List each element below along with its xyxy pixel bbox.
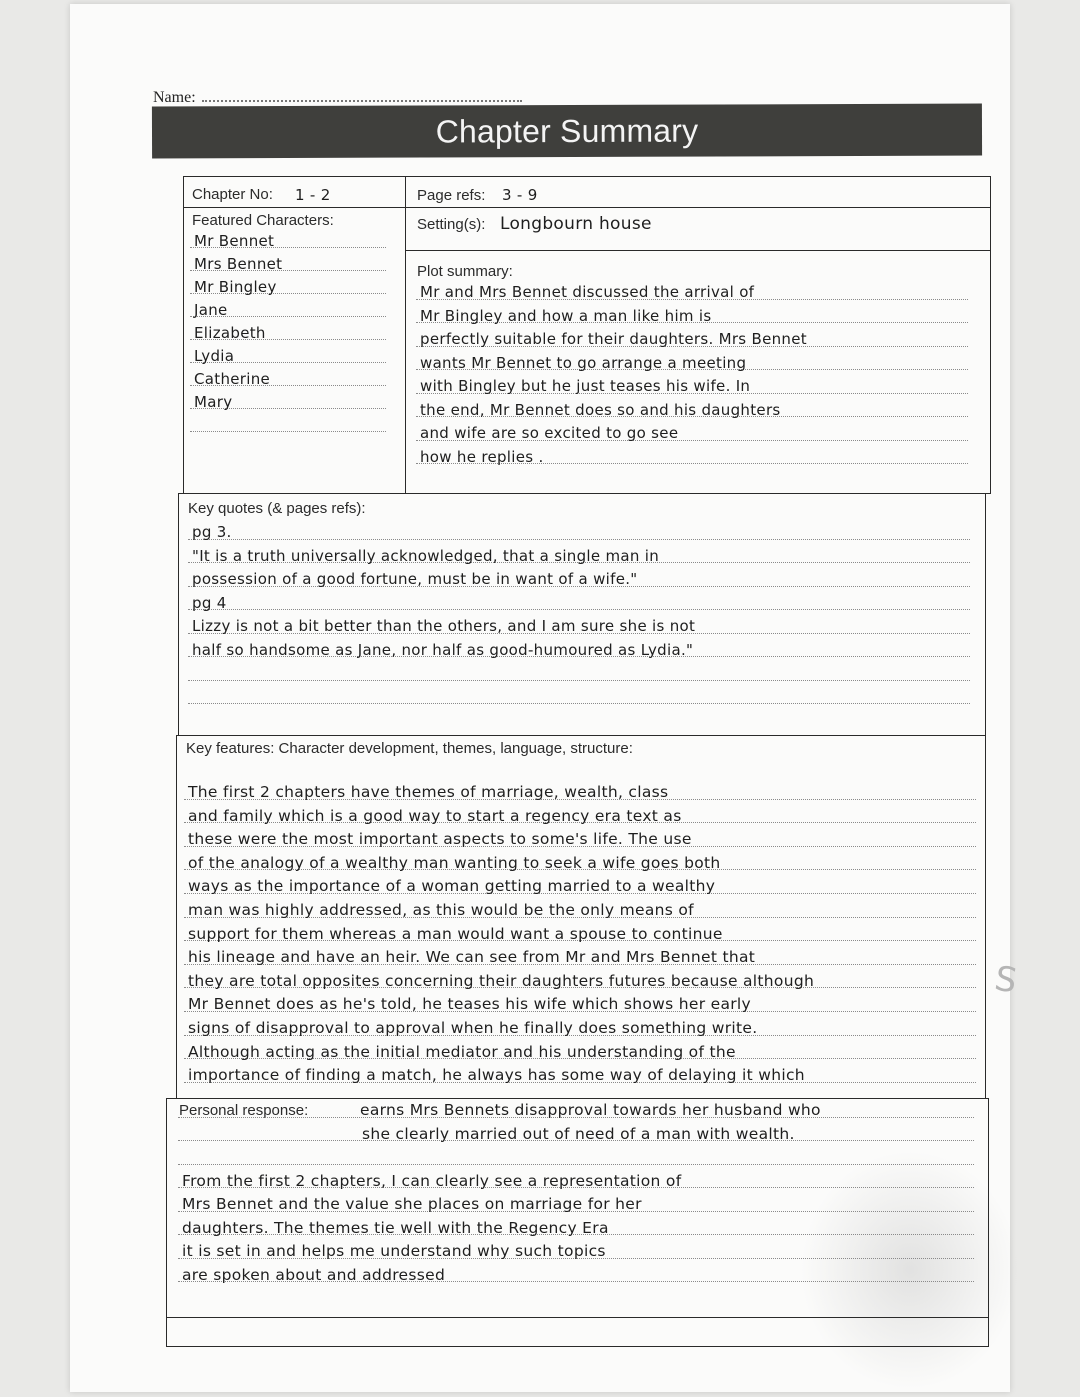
character-item: Mr Bingley — [194, 278, 277, 296]
plot-summary-label: Plot summary: — [417, 263, 513, 280]
key-features-label: Key features: Character development, the… — [186, 740, 633, 757]
quote-line-rule — [188, 703, 970, 704]
row-divider-1 — [184, 207, 990, 208]
character-item: Jane — [194, 301, 228, 319]
plot-line: with Bingley but he just teases his wife… — [420, 377, 750, 395]
response-line: earns Mrs Bennets disapproval towards he… — [360, 1101, 821, 1119]
character-item: Mr Bennet — [194, 232, 274, 250]
feature-line: and family which is a good way to start … — [188, 807, 682, 825]
character-item-rule — [190, 431, 386, 432]
character-item: Lydia — [194, 347, 234, 365]
page-title: Chapter Summary — [152, 104, 982, 159]
plot-line: perfectly suitable for their daughters. … — [420, 330, 807, 348]
plot-line: wants Mr Bennet to go arrange a meeting — [420, 354, 746, 372]
feature-line: Although acting as the initial mediator … — [188, 1043, 736, 1061]
plot-line: Mr and Mrs Bennet discussed the arrival … — [420, 283, 754, 301]
feature-line: his lineage and have an heir. We can see… — [188, 948, 755, 966]
feature-line: ways as the importance of a woman gettin… — [188, 877, 715, 895]
plot-line: how he replies . — [420, 448, 544, 466]
feature-line: these were the most important aspects to… — [188, 830, 692, 848]
plot-line: and wife are so excited to go see — [420, 424, 678, 442]
plot-line: Mr Bingley and how a man like him is — [420, 307, 711, 325]
feature-line: importance of finding a match, he always… — [188, 1066, 805, 1084]
response-line: are spoken about and addressed — [182, 1266, 445, 1284]
quote-line-rule — [188, 680, 970, 681]
chapter-label: Chapter No: — [192, 186, 273, 203]
name-field: Name: — [153, 88, 522, 107]
character-item: Catherine — [194, 370, 270, 388]
key-quotes-label: Key quotes (& pages refs): — [188, 500, 366, 517]
quote-line: Lizzy is not a bit better than the other… — [192, 617, 695, 635]
chapter-value: 1 - 2 — [295, 186, 331, 204]
bottom-box-frame — [166, 1317, 989, 1347]
character-item: Elizabeth — [194, 324, 266, 342]
feature-line: support for them whereas a man would wan… — [188, 925, 723, 943]
quote-line: pg 3. — [192, 523, 232, 541]
setting-label: Setting(s): — [417, 216, 485, 233]
setting-value: Longbourn house — [500, 214, 652, 234]
feature-line: of the analogy of a wealthy man wanting … — [188, 854, 721, 872]
feature-line: man was highly addressed, as this would … — [188, 901, 694, 919]
quote-line-rule — [188, 609, 970, 610]
name-label: Name: — [153, 89, 196, 106]
quote-line-rule — [188, 539, 970, 540]
feature-line: they are total opposites concerning thei… — [188, 972, 814, 990]
quote-line: possession of a good fortune, must be in… — [192, 570, 638, 588]
quote-line: pg 4 — [192, 594, 227, 612]
page-refs-value: 3 - 9 — [502, 186, 538, 204]
feature-line: Mr Bennet does as he's told, he teases h… — [188, 995, 751, 1013]
character-item: Mary — [194, 393, 232, 411]
quote-line: "It is a truth universally acknowledged,… — [192, 547, 659, 565]
plot-line: the end, Mr Bennet does so and his daugh… — [420, 401, 781, 419]
key-quotes-frame — [178, 493, 986, 736]
top-divider — [405, 177, 406, 493]
response-line: daughters. The themes tie well with the … — [182, 1219, 609, 1237]
response-line: Mrs Bennet and the value she places on m… — [182, 1195, 642, 1213]
character-item: Mrs Bennet — [194, 255, 282, 273]
page-refs-label: Page refs: — [417, 187, 485, 204]
response-line: From the first 2 chapters, I can clearly… — [182, 1172, 681, 1190]
response-line-rule — [178, 1164, 974, 1165]
featured-characters-label: Featured Characters: — [192, 212, 334, 229]
feature-line: The first 2 chapters have themes of marr… — [188, 783, 668, 801]
row-divider-2 — [406, 250, 990, 251]
quote-line: half so handsome as Jane, nor half as go… — [192, 641, 693, 659]
response-line: it is set in and helps me understand why… — [182, 1242, 606, 1260]
name-blank — [202, 88, 522, 102]
response-line: she clearly married out of need of a man… — [362, 1125, 795, 1143]
feature-line: signs of disapproval to approval when he… — [188, 1019, 757, 1037]
